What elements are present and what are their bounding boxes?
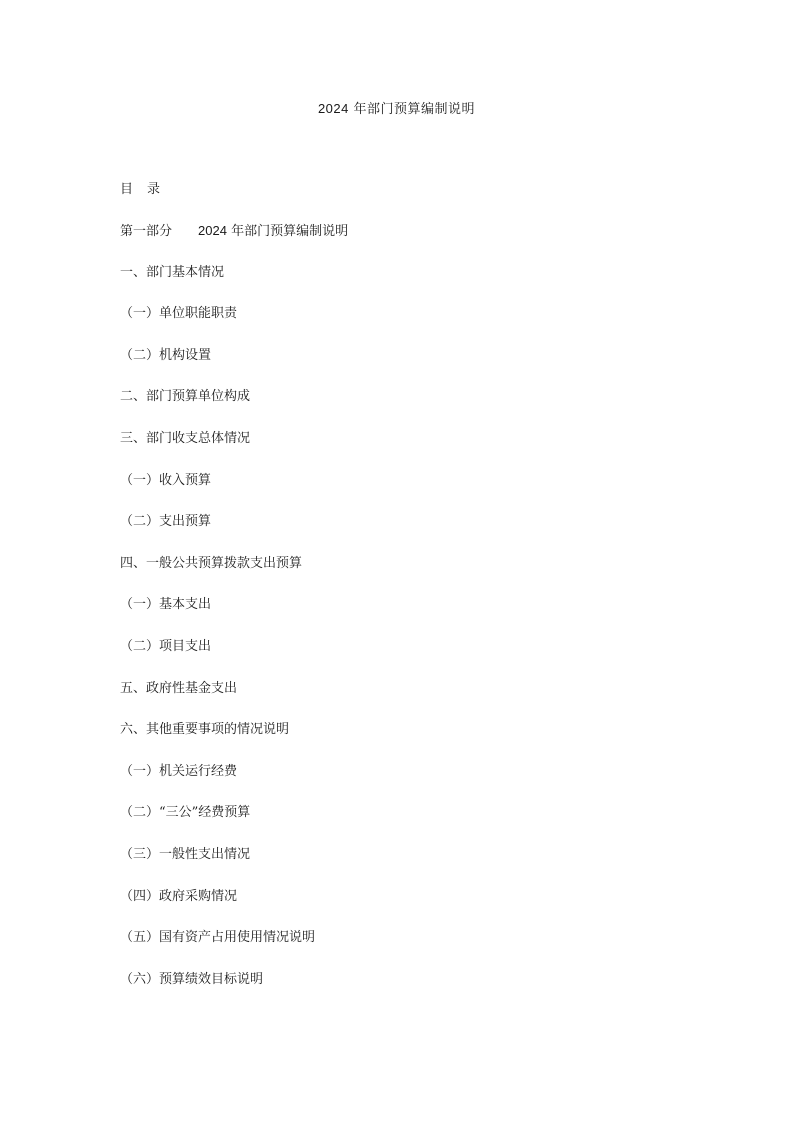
- toc-item: （六）预算绩效目标说明: [120, 970, 348, 990]
- toc-item: （四）政府采购情况: [120, 887, 348, 907]
- toc-item: 四、一般公共预算拨款支出预算: [120, 554, 348, 574]
- table-of-contents: 目录 第一部分2024 年部门预算编制说明 一、部门基本情况 （一）单位职能职责…: [120, 180, 348, 1011]
- toc-item: （一）基本支出: [120, 595, 348, 615]
- toc-part-one: 第一部分2024 年部门预算编制说明: [120, 221, 348, 241]
- toc-item: （二）“三公”经费预算: [120, 803, 348, 823]
- part-year: 2024: [198, 223, 227, 238]
- part-label: 第一部分: [120, 224, 172, 239]
- toc-heading: 目录: [120, 180, 348, 200]
- toc-item: （三）一般性支出情况: [120, 845, 348, 865]
- toc-item: （一）单位职能职责: [120, 304, 348, 324]
- toc-item: （二）项目支出: [120, 637, 348, 657]
- toc-item: （二）支出预算: [120, 512, 348, 532]
- title-year: 2024: [318, 101, 349, 116]
- toc-item: 三、部门收支总体情况: [120, 429, 348, 449]
- toc-item: 六、其他重要事项的情况说明: [120, 720, 348, 740]
- toc-heading-char-2: 录: [147, 182, 160, 197]
- toc-item: （一）机关运行经费: [120, 762, 348, 782]
- title-text: 年部门预算编制说明: [354, 102, 476, 117]
- toc-item: （二）机构设置: [120, 346, 348, 366]
- toc-item: （一）收入预算: [120, 471, 348, 491]
- part-text: 年部门预算编制说明: [231, 224, 348, 239]
- toc-item: 一、部门基本情况: [120, 263, 348, 283]
- document-title: 2024 年部门预算编制说明: [0, 98, 793, 117]
- toc-item: 五、政府性基金支出: [120, 679, 348, 699]
- toc-heading-char-1: 目: [120, 182, 133, 197]
- toc-item: 二、部门预算单位构成: [120, 387, 348, 407]
- toc-item: （五）国有资产占用使用情况说明: [120, 928, 348, 948]
